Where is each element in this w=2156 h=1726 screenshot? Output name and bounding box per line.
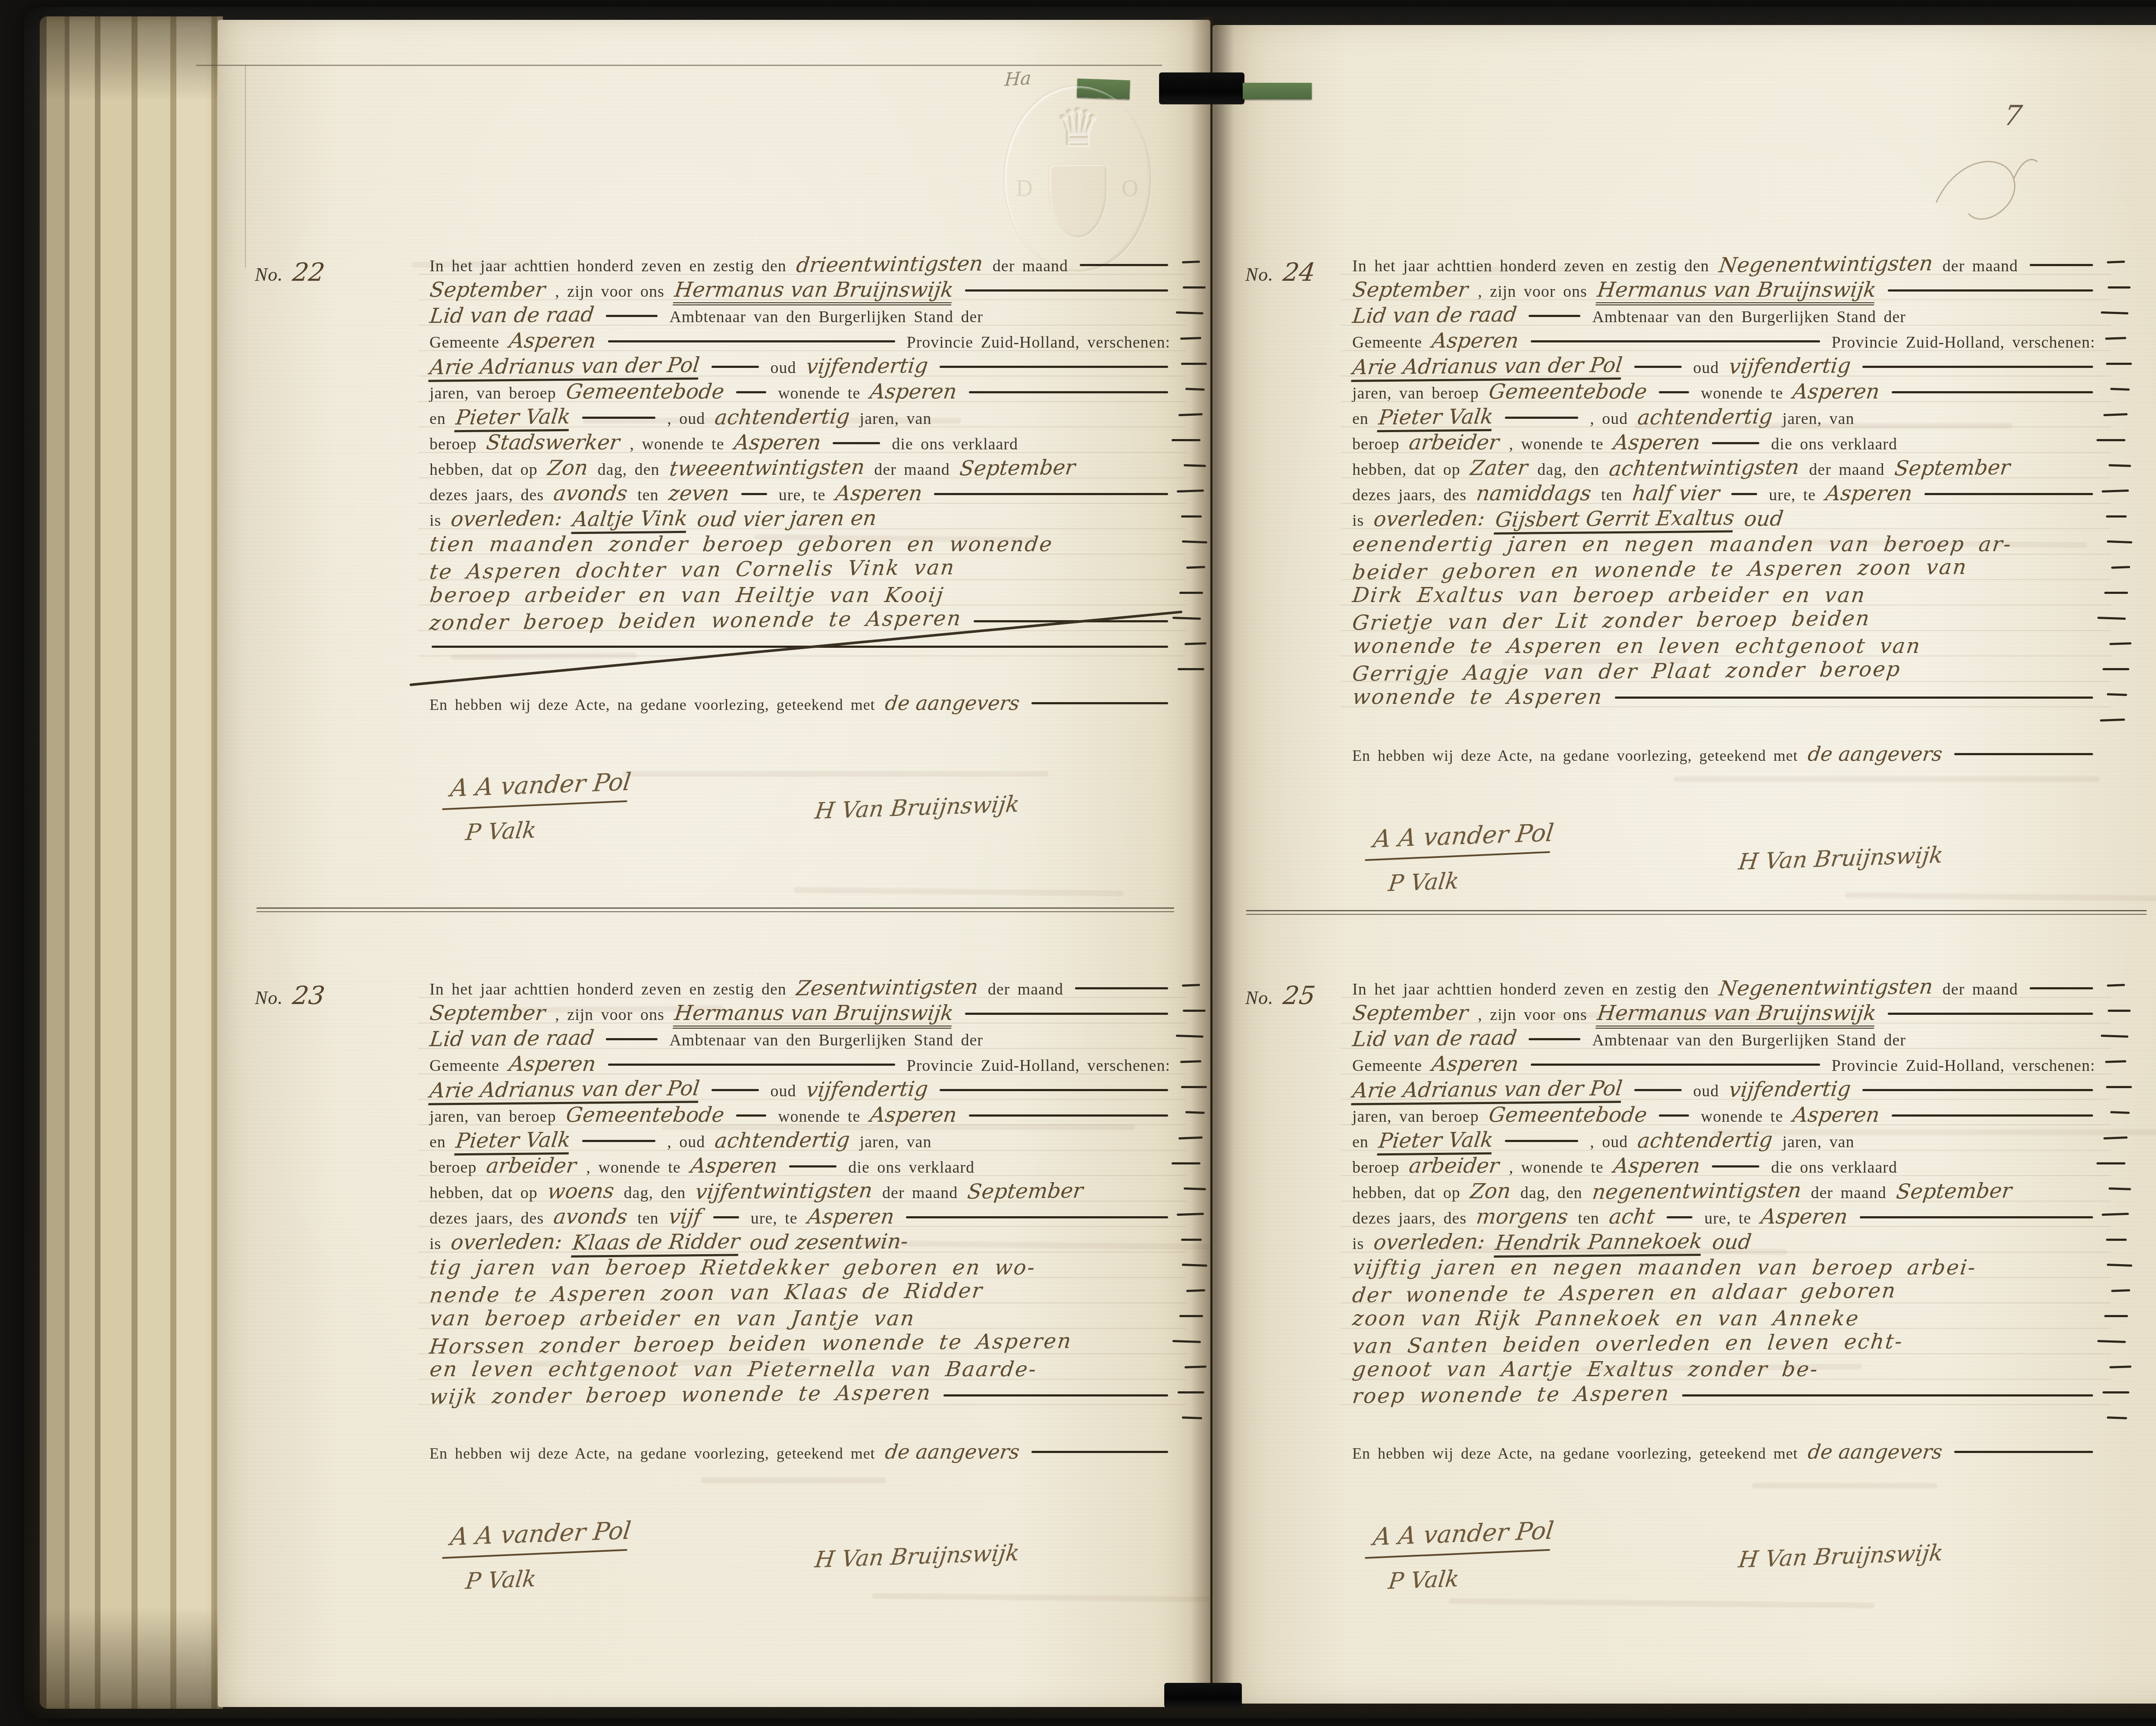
record-number-value: 22: [291, 257, 326, 287]
margin-ink-dash: [2103, 1391, 2129, 1393]
ink-dash: [1892, 391, 2093, 393]
closing-sentence: En hebben wij deze Acte, na gedane voorl…: [425, 1440, 1175, 1463]
form-line: GemeenteAsperenProvincie Zuid-Holland, v…: [425, 1052, 1175, 1077]
form-line: Arie Adrianus van der Poloudvijfendertig: [1347, 1077, 2100, 1103]
ink-dash: [1888, 289, 2093, 292]
ink-dash: [1659, 391, 1689, 393]
record-lines: In het jaar achttien honderd zeven en ze…: [425, 976, 1175, 1408]
printed-text: ure, te: [779, 486, 826, 505]
margin-ink-dash: [2106, 363, 2132, 365]
printed-text: en: [429, 409, 446, 428]
printed-text: , zijn voor ons: [1478, 1005, 1587, 1024]
form-line: van beroep arbeider en van Jantje van: [425, 1306, 1175, 1332]
handwritten-text: achtendertig: [714, 405, 851, 430]
form-line: isoverleden:Hendrik Pannekoekoud: [1347, 1230, 2100, 1255]
printed-text: , wonende te: [1509, 435, 1604, 454]
form-line: isoverleden:Klaas de Ridderoud zesentwin…: [425, 1230, 1175, 1255]
handwritten-text: de aangevers: [884, 691, 1021, 715]
form-line: Grietje van der Lit zonder beroep beiden: [1347, 609, 2100, 634]
form-line: beider geboren en wonende te Asperen zoo…: [1347, 558, 2100, 583]
printed-text: dag, den: [1520, 1183, 1583, 1202]
handwritten-text: Asperen: [1792, 380, 1881, 404]
printed-text: jaren, van beroep: [1352, 384, 1479, 403]
printed-text: hebben, dat op: [1352, 460, 1460, 479]
handwritten-text: Gemeentebode: [1487, 380, 1648, 404]
printed-text: beroep: [1352, 1158, 1399, 1177]
ink-dash: [906, 1216, 1168, 1218]
handwritten-text: negenentwintigsten: [1591, 1178, 1802, 1204]
handwritten-text: zoon van Rijk Pannekoek en van Anneke: [1351, 1306, 1861, 1331]
handwritten-text: de aangevers: [1806, 1440, 1943, 1463]
handwritten-text: Dirk Exaltus van beroep arbeider en van: [1351, 583, 1868, 607]
printed-text: In het jaar achttien honderd zeven en ze…: [1352, 257, 1709, 276]
printed-text: Gemeente: [429, 1056, 499, 1075]
handwritten-text: roep wonende te Asperen: [1351, 1381, 1671, 1408]
handwritten-text: Pieter Valk: [1377, 405, 1495, 432]
ink-dash: [1529, 1038, 1580, 1040]
form-line: vijftig jaren en negen maanden van beroe…: [1347, 1255, 2100, 1281]
handwritten-text: vijfendertig: [805, 1077, 929, 1102]
handwritten-text: acht: [1608, 1205, 1656, 1229]
ink-dash: [1531, 340, 1820, 342]
handwritten-text: September: [958, 455, 1076, 480]
record-lines: In het jaar achttien honderd zeven en ze…: [425, 252, 1175, 659]
ink-dash: [789, 1165, 837, 1167]
form-line: tien maanden zonder beroep geboren en wo…: [425, 532, 1175, 558]
ink-dash: [1682, 1394, 2093, 1396]
handwritten-text: en leven echtgenoot van Pieternella van …: [429, 1357, 1039, 1381]
handwritten-text: Asperen: [1760, 1205, 1849, 1229]
handwritten-text: Hermanus van Bruijnswijk: [673, 278, 955, 305]
record-number: No.23: [250, 981, 330, 1010]
embossed-seal: ♛ D O: [1005, 86, 1151, 272]
ink-dash: [965, 289, 1168, 292]
printed-text: der maand: [882, 1183, 958, 1202]
handwritten-text: wonende te Asperen: [1351, 685, 1604, 709]
printed-text: oud: [771, 1082, 796, 1101]
form-line: September, zijn voor onsHermanus van Bru…: [425, 278, 1175, 303]
printed-text: , zijn voor ons: [555, 282, 664, 301]
form-line: wonende te Asperen: [1347, 685, 2100, 710]
printed-text: En hebben wij deze Acte, na gedane voorl…: [1352, 747, 1798, 765]
printed-text: In het jaar achttien honderd zeven en ze…: [429, 257, 787, 276]
signature: P Valk: [464, 817, 538, 846]
margin-ink-dash: [1183, 1010, 1206, 1012]
printed-text: En hebben wij deze Acte, na gedane voorl…: [429, 1444, 875, 1462]
ink-dash: [736, 1114, 766, 1117]
handwritten-text: overleden:: [450, 506, 564, 531]
printed-text: jaren, van: [860, 409, 932, 428]
printed-text: ure, te: [1769, 486, 1816, 505]
ink-dash: [608, 340, 895, 342]
form-line: beroeparbeider, wonende teAsperendie ons…: [425, 1154, 1175, 1179]
margin-ink-dash: [1172, 439, 1200, 441]
form-line: Lid van de raadAmbtenaar van den Burgerl…: [425, 1026, 1175, 1052]
printed-text: der maand: [993, 257, 1068, 276]
handwritten-text: tweeentwintigsten: [668, 455, 866, 481]
printed-text: wonende te: [778, 384, 860, 403]
handwritten-text: September: [1351, 278, 1470, 302]
record-number-value: 23: [291, 981, 326, 1010]
form-line: beroep arbeider en van Heiltje van Kooij: [425, 583, 1175, 609]
ink-dash: [582, 417, 655, 419]
printed-text: dag, den: [1537, 460, 1599, 479]
ink-dash: [713, 1216, 739, 1218]
handwritten-text: Asperen: [1824, 481, 1914, 505]
printed-text: jaren, van beroep: [1352, 1107, 1479, 1126]
form-line: dezes jaars, desavondstenzevenure, teAsp…: [425, 481, 1175, 507]
handwritten-text: Gijsbert Gerrit Exaltus: [1494, 506, 1736, 535]
printed-text: ten: [1578, 1209, 1599, 1228]
handwritten-text: genoot van Aartje Exaltus zonder be-: [1351, 1357, 1820, 1381]
handwritten-text: overleden:: [1373, 1230, 1486, 1255]
closing-sentence: En hebben wij deze Acte, na gedane voorl…: [1347, 742, 2100, 766]
ink-dash: [582, 1140, 655, 1142]
printed-text: dezes jaars, des: [1352, 486, 1467, 505]
printed-text: dezes jaars, des: [429, 486, 544, 505]
margin-ink-dash: [2104, 592, 2128, 594]
printed-text: Ambtenaar van den Burgerlijken Stand der: [1592, 308, 1906, 326]
handwritten-text: September: [429, 1001, 547, 1025]
ink-dash: [741, 493, 767, 495]
handwritten-text: Asperen: [806, 1205, 896, 1229]
form-line: hebben, dat opZaterdag, denachtentwintig…: [1347, 456, 2100, 481]
printed-text: Gemeente: [1352, 333, 1422, 352]
printed-text: oud: [771, 358, 796, 377]
ink-dash: [1667, 1216, 1692, 1218]
printed-text: en: [429, 1133, 446, 1152]
form-line: In het jaar achttien honderd zeven en ze…: [1347, 976, 2100, 1001]
record-number: No.25: [1241, 981, 1320, 1010]
form-line: van Santen beiden overleden en leven ech…: [1347, 1332, 2100, 1357]
form-line: nende te Asperen zoon van Klaas de Ridde…: [425, 1281, 1175, 1306]
printed-text: dag, den: [598, 460, 660, 479]
no-label-printed: No.: [255, 264, 283, 286]
closing-sentence: En hebben wij deze Acte, na gedane voorl…: [1347, 1440, 2100, 1463]
printed-text: wonende te: [1701, 384, 1783, 403]
handwritten-text: Klaas de Ridder: [571, 1229, 741, 1257]
handwritten-text: Arie Adrianus van der Pol: [428, 1076, 701, 1105]
handwritten-text: de aangevers: [884, 1440, 1021, 1463]
printed-text: Provincie Zuid-Holland, verschenen:: [907, 1056, 1170, 1075]
handwritten-text: Zesentwintigsten: [795, 975, 979, 1001]
handwritten-text: vijfendertig: [1727, 354, 1852, 379]
printed-text: beroep: [1352, 435, 1399, 454]
handwritten-text: Asperen: [834, 481, 924, 505]
handwritten-text: September: [1893, 455, 2011, 480]
crown-icon: ♛: [1005, 98, 1151, 158]
form-line: hebben, dat opZondag, dennegenentwintigs…: [1347, 1179, 2100, 1205]
printed-text: en: [1352, 409, 1369, 428]
form-line: enPieter Valk, oudachtendertigjaren, van: [1347, 1128, 2100, 1154]
bleed-through-mark: [622, 771, 1048, 777]
handwritten-text: Arie Adrianus van der Pol: [428, 353, 701, 382]
margin-ink-dash: [1181, 1239, 1202, 1241]
form-line: eenendertig jaren en negen maanden van b…: [1347, 532, 2100, 558]
binding-tape-icon: [1243, 83, 1312, 99]
form-line: isoverleden:Gijsbert Gerrit Exaltusoud: [1347, 507, 2100, 532]
handwritten-text: van Santen beiden overleden en leven ech…: [1351, 1329, 1905, 1358]
ink-dash: [833, 442, 880, 444]
printed-text: Ambtenaar van den Burgerlijken Stand der: [1592, 1031, 1906, 1050]
handwritten-text: Asperen: [1431, 1052, 1520, 1076]
margin-ink-dash: [1178, 1391, 1204, 1393]
bleed-through-mark: [1673, 776, 2100, 782]
printed-text: Gemeente: [429, 333, 499, 352]
margin-ink-dash: [2103, 668, 2129, 670]
form-line: September, zijn voor onsHermanus van Bru…: [425, 1001, 1175, 1026]
record-number: No.24: [1241, 257, 1320, 287]
margin-ink-dash: [2104, 1315, 2128, 1317]
form-line: te Asperen dochter van Cornelis Vink van: [425, 558, 1175, 583]
handwritten-text: achtendertig: [1636, 1128, 1774, 1153]
handwritten-text: vijftig jaren en negen maanden van beroe…: [1351, 1255, 1978, 1280]
ink-dash: [711, 1089, 759, 1091]
printed-text: die ons verklaard: [1771, 1158, 1897, 1177]
handwritten-text: drieentwintigsten: [795, 251, 984, 277]
bleed-through-mark: [1752, 1483, 1937, 1488]
handwritten-text: achtentwintigsten: [1608, 455, 1801, 481]
handwritten-text: Asperen: [1792, 1103, 1881, 1127]
signature: P Valk: [1387, 868, 1460, 897]
handwritten-text: eenendertig jaren en negen maanden van b…: [1351, 532, 2014, 556]
form-line: Lid van de raadAmbtenaar van den Burgerl…: [1347, 303, 2100, 329]
form-line: der wonende te Asperen en aldaar geboren: [1347, 1281, 2100, 1306]
printed-text: , oud: [667, 409, 705, 428]
ink-dash: [940, 366, 1168, 368]
ink-dash: [2030, 264, 2093, 266]
handwritten-text: vijfendertig: [1727, 1077, 1852, 1102]
form-line: September, zijn voor onsHermanus van Bru…: [1347, 278, 2100, 303]
ink-dash: [608, 1064, 895, 1066]
handwritten-text: oud: [1711, 1230, 1752, 1255]
printed-text: dezes jaars, des: [1352, 1209, 1467, 1228]
margin-ink-dash: [1183, 286, 1206, 289]
margin-ink-dash: [1181, 1086, 1207, 1088]
bleed-through-mark: [1449, 1598, 1874, 1608]
form-line: Arie Adrianus van der Poloudvijfendertig: [1347, 354, 2100, 380]
record-number: No.22: [250, 257, 330, 287]
ink-dash: [1860, 1216, 2093, 1218]
handwritten-text: Hermanus van Bruijnswijk: [1595, 1001, 1877, 1029]
handwritten-text: woens: [546, 1179, 615, 1203]
form-line: jaren, van beroepGemeentebodewonende teA…: [1347, 1103, 2100, 1128]
record-number-value: 25: [1282, 981, 1317, 1010]
printed-text: der maand: [1943, 257, 2018, 276]
printed-text: is: [429, 1234, 441, 1253]
printed-text: Ambtenaar van den Burgerlijken Stand der: [669, 1031, 983, 1050]
printed-text: ten: [1601, 486, 1622, 505]
margin-ink-dash: [1172, 1162, 1200, 1164]
printed-text: oud: [1693, 1082, 1719, 1101]
handwritten-text: de aangevers: [1806, 742, 1943, 766]
handwritten-text: wijk zonder beroep wonende te Asperen: [428, 1381, 933, 1409]
ink-dash: [940, 1089, 1168, 1091]
closing-sentence: En hebben wij deze Acte, na gedane voorl…: [425, 691, 1175, 715]
form-line: dezes jaars, desnamiddagstenhalf vierure…: [1347, 481, 2100, 507]
handwritten-text: van beroep arbeider en van Jantje van: [429, 1306, 917, 1331]
form-line: enPieter Valk, oudachtendertigjaren, van: [425, 1128, 1175, 1154]
printed-text: , wonende te: [630, 435, 724, 454]
printed-text: , oud: [1590, 409, 1628, 428]
printed-text: en: [1352, 1133, 1369, 1152]
printed-text: ten: [637, 486, 658, 505]
form-line: GemeenteAsperenProvincie Zuid-Holland, v…: [1347, 1052, 2100, 1077]
printed-text: hebben, dat op: [429, 1183, 538, 1202]
ink-dash: [1731, 493, 1757, 495]
ink-dash: [1888, 1013, 2093, 1015]
handwritten-text: Gemeentebode: [1487, 1103, 1648, 1127]
handwritten-text: Pieter Valk: [454, 405, 572, 432]
handwritten-text: morgens: [1475, 1205, 1570, 1229]
printed-text: is: [1352, 511, 1364, 530]
handwritten-text: arbeider: [485, 1154, 578, 1178]
handwritten-text: Aaltje Vink: [571, 506, 689, 534]
handwritten-text: Negenentwintigsten: [1717, 975, 1934, 1001]
handwritten-text: Asperen: [1431, 329, 1520, 353]
handwritten-text: Zon: [546, 456, 589, 480]
margin-ink-dash: [1181, 363, 1207, 365]
ink-dash: [1892, 1114, 2093, 1117]
form-line: September, zijn voor onsHermanus van Bru…: [1347, 1001, 2100, 1026]
printed-text: beroep: [429, 1158, 476, 1177]
handwritten-text: Pieter Valk: [454, 1128, 572, 1155]
handwritten-text: beroep arbeider en van Heiltje van Kooij: [429, 583, 946, 607]
form-line: wonende te Asperen en leven echtgenoot v…: [1347, 634, 2100, 659]
handwritten-text: Lid van de raad: [1351, 302, 1518, 328]
handwritten-text: Gerrigje Aagje van der Plaat zonder bero…: [1351, 657, 1902, 686]
ink-dash: [1954, 1451, 2093, 1453]
no-label-printed: No.: [1245, 987, 1273, 1009]
margin-ink-dash: [1181, 515, 1202, 518]
printed-text: is: [1352, 1234, 1364, 1253]
ink-dash: [711, 366, 759, 368]
handwritten-text: vijfendertig: [805, 354, 929, 379]
record-divider: [257, 907, 1174, 912]
ink-dash: [606, 1038, 658, 1040]
handwritten-text: oud vier jaren en: [696, 506, 878, 532]
page-top-rule: [196, 65, 1162, 66]
printed-text: En hebben wij deze Acte, na gedane voorl…: [1352, 1444, 1798, 1462]
handwritten-text: Asperen: [869, 1103, 959, 1127]
ink-dash: [1924, 493, 2093, 495]
form-line: dezes jaars, desavondstenvijfure, teAspe…: [425, 1205, 1175, 1230]
record-lines: In het jaar achttien honderd zeven en ze…: [1347, 976, 2100, 1408]
form-line: In het jaar achttien honderd zeven en ze…: [425, 252, 1175, 278]
printed-text: Provincie Zuid-Holland, verschenen:: [1832, 333, 2095, 352]
record-lines: In het jaar achttien honderd zeven en ze…: [1347, 252, 2100, 710]
handwritten-text: Asperen: [733, 430, 822, 455]
handwritten-text: Arie Adrianus van der Pol: [1351, 353, 1623, 382]
printed-text: wonende te: [778, 1107, 860, 1126]
signature: P Valk: [464, 1566, 538, 1594]
printed-text: der maand: [1809, 460, 1884, 479]
spine-binding-top: [1159, 72, 1244, 104]
handwritten-text: Arie Adrianus van der Pol: [1351, 1076, 1623, 1105]
seal-letter: O: [1122, 175, 1138, 201]
handwritten-text: Hermanus van Bruijnswijk: [673, 1001, 955, 1029]
form-line: zonder beroep beiden wonende te Asperen: [425, 609, 1175, 634]
handwritten-text: Asperen: [508, 1052, 598, 1076]
ink-dash: [1954, 753, 2093, 755]
printed-text: der maand: [1943, 980, 2018, 999]
record-number-value: 24: [1282, 257, 1317, 287]
handwritten-text: zonder beroep beiden wonende te Asperen: [428, 606, 963, 635]
handwritten-text: der wonende te Asperen en aldaar geboren: [1351, 1279, 1898, 1308]
ink-dash: [1031, 1451, 1168, 1453]
handwritten-text: September: [1351, 1001, 1470, 1025]
ink-dash: [2030, 987, 2093, 989]
handwritten-text: wonende te Asperen en leven echtgenoot v…: [1351, 634, 1923, 658]
margin-ink-dash: [1178, 668, 1204, 670]
printed-text: jaren, van: [860, 1133, 932, 1152]
printed-text: , oud: [667, 1133, 705, 1152]
printed-text: ure, te: [1704, 1209, 1751, 1228]
handwritten-text: tig jaren van beroep Rietdekker geboren …: [429, 1255, 1037, 1280]
handwritten-text: vijfentwintigsten: [694, 1178, 874, 1204]
form-line: zoon van Rijk Pannekoek en van Anneke: [1347, 1306, 2100, 1332]
ink-dash: [1862, 1089, 2093, 1091]
printed-text: die ons verklaard: [848, 1158, 975, 1177]
printed-text: En hebben wij deze Acte, na gedane voorl…: [429, 696, 875, 714]
printed-text: Gemeente: [1352, 1056, 1422, 1075]
handwritten-text: Hermanus van Bruijnswijk: [1595, 278, 1877, 305]
printed-text: , zijn voor ons: [555, 1005, 664, 1024]
form-line: hebben, dat opwoensdag, denvijfentwintig…: [425, 1179, 1175, 1205]
form-line: In het jaar achttien honderd zeven en ze…: [1347, 252, 2100, 278]
gutter-ink-fragment: Ha: [1004, 67, 1032, 91]
handwritten-text: Asperen: [1612, 430, 1702, 455]
printed-text: hebben, dat op: [429, 460, 538, 479]
handwritten-text: Zater: [1469, 455, 1529, 480]
ink-dash: [969, 1114, 1168, 1117]
ink-dash: [934, 493, 1168, 495]
handwritten-text: Asperen: [1612, 1154, 1702, 1178]
ink-dash: [1031, 702, 1168, 704]
margin-ink-dash: [2106, 515, 2127, 518]
form-line: enPieter Valk, oudachtendertigjaren, van: [425, 405, 1175, 430]
ink-dash: [1505, 1140, 1578, 1142]
handwritten-text: te Asperen dochter van Cornelis Vink van: [428, 555, 956, 584]
form-line: beroeparbeider, wonende teAsperendie ons…: [1347, 1154, 2100, 1179]
spine-binding-bottom: [1164, 1683, 1242, 1708]
handwritten-text: overleden:: [1373, 506, 1486, 531]
form-line: GemeenteAsperenProvincie Zuid-Holland, v…: [1347, 329, 2100, 354]
printed-text: jaren, van beroep: [429, 1107, 556, 1126]
margin-ink-dash: [2108, 286, 2131, 289]
no-column-rule: [245, 65, 246, 267]
handwritten-text: beider geboren en wonende te Asperen zoo…: [1351, 555, 1969, 584]
handwritten-text: Pieter Valk: [1377, 1128, 1495, 1155]
bleed-through-mark: [793, 887, 1123, 896]
no-label-printed: No.: [255, 987, 283, 1009]
handwritten-text: Asperen: [869, 380, 959, 404]
margin-ink-dash: [2106, 1239, 2127, 1241]
handwritten-text: Zon: [1469, 1179, 1512, 1204]
handwritten-text: Stadswerker: [485, 430, 621, 455]
ink-dash: [1075, 987, 1168, 989]
handwritten-text: vijf: [667, 1205, 702, 1229]
handwritten-text: Negenentwintigsten: [1717, 251, 1934, 277]
handwritten-text: Horssen zonder beroep beiden wonende te …: [428, 1329, 1073, 1359]
form-line: roep wonende te Asperen: [1347, 1383, 2100, 1408]
pen-flourish-icon: [1927, 138, 2057, 250]
printed-text: hebben, dat op: [1352, 1183, 1460, 1202]
printed-text: die ons verklaard: [892, 435, 1018, 454]
handwritten-text: nende te Asperen zoon van Klaas de Ridde…: [428, 1278, 984, 1307]
form-line: wijk zonder beroep wonende te Asperen: [425, 1383, 1175, 1408]
handwritten-text: Grietje van der Lit zonder beroep beiden: [1351, 606, 1872, 635]
